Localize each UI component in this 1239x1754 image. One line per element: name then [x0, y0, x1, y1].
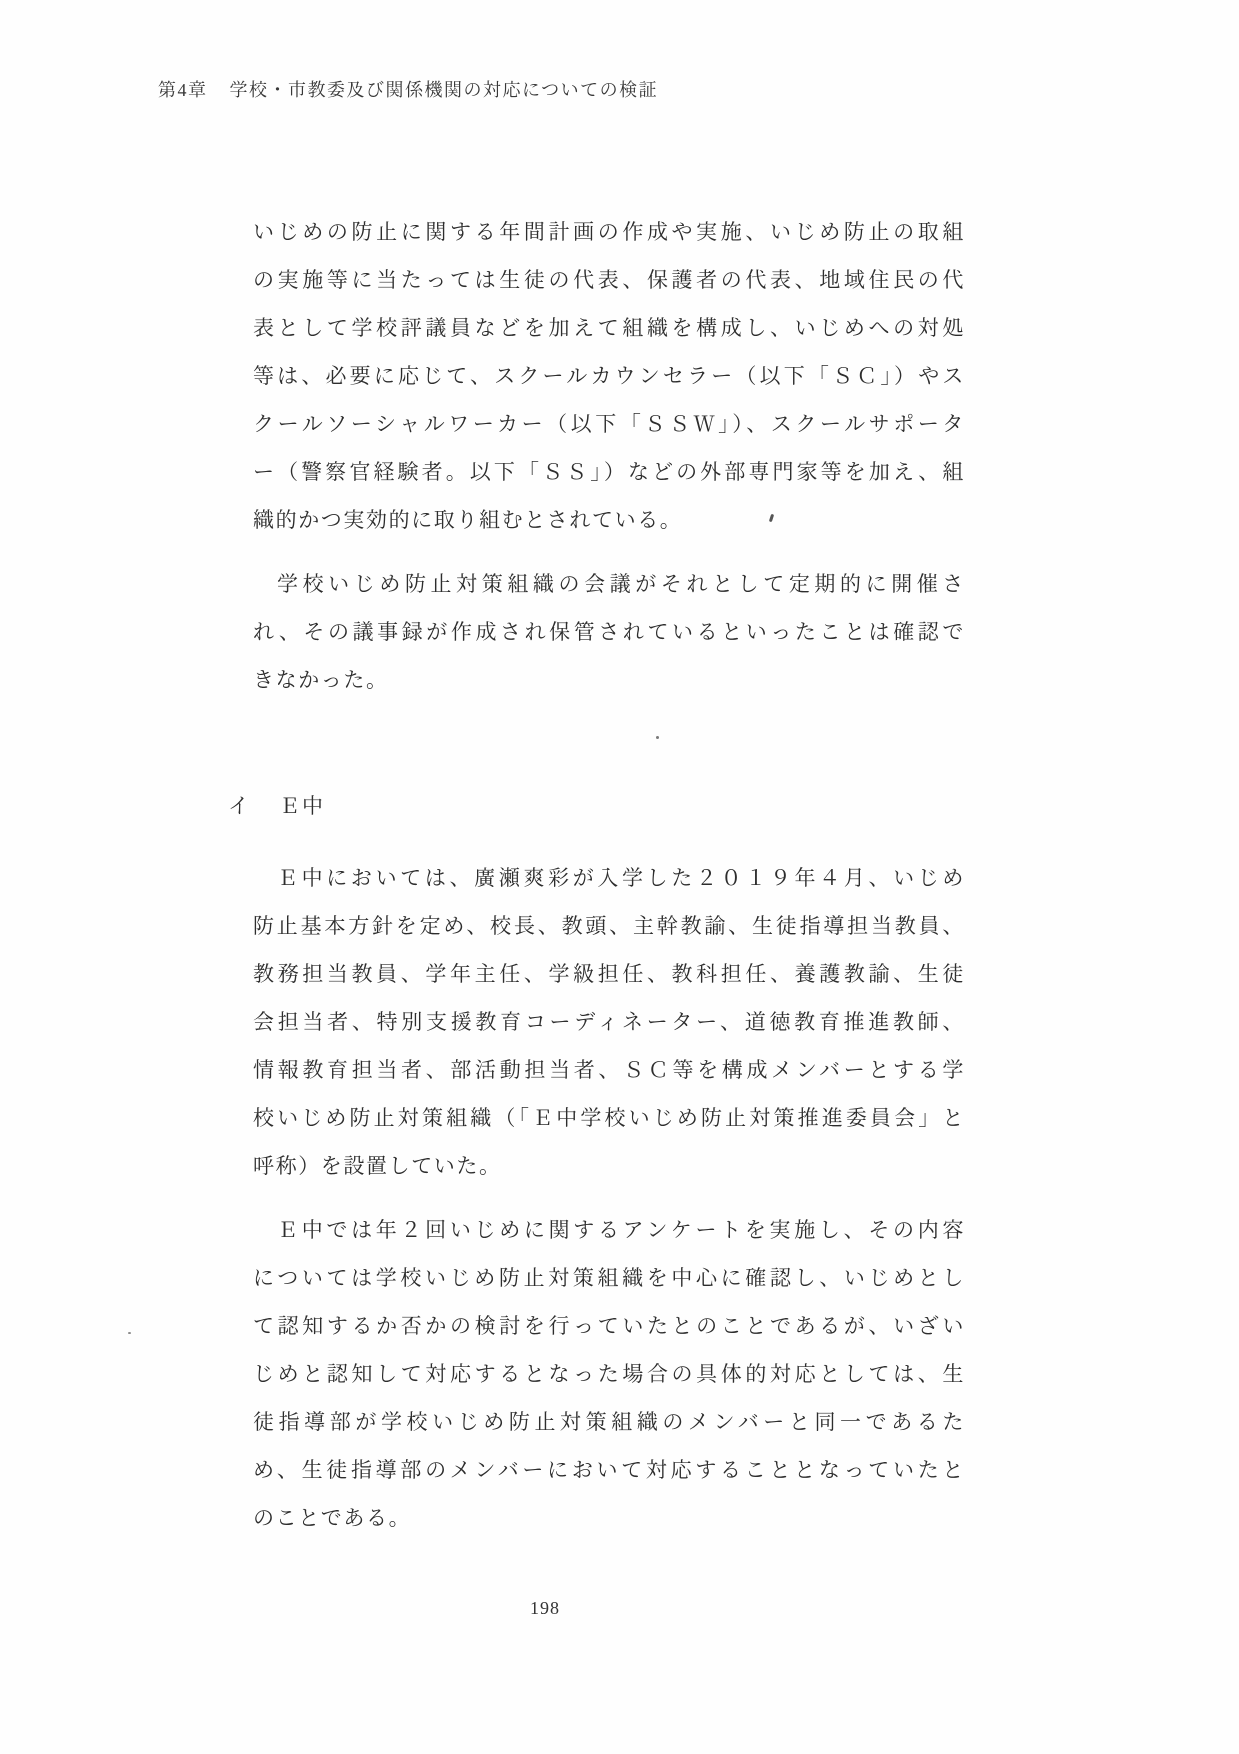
text-line: 会担当者、特別支援教育コーディネーター、道徳教育推進教師、	[253, 998, 965, 1046]
scan-artifact	[128, 1332, 131, 1334]
section-heading-marker: イ	[228, 794, 251, 818]
section-heading-title: Ｅ中	[279, 794, 325, 818]
text-line: て認知するか否かの検討を行っていたとのことであるが、いざい	[253, 1302, 965, 1350]
text-line: 防止基本方針を定め、校長、教頭、主幹教諭、生徒指導担当教員、	[253, 902, 965, 950]
text-line: Ｅ中では年２回いじめに関するアンケートを実施し、その内容	[253, 1206, 965, 1254]
text-line: れ、その議事録が作成され保管されているといったことは確認で	[253, 608, 965, 656]
text-line: 学校いじめ防止対策組織の会議がそれとして定期的に開催さ	[253, 560, 965, 608]
paragraph: いじめの防止に関する年間計画の作成や実施、いじめ防止の取組 の実施等に当たっては…	[253, 208, 965, 544]
text-line: め、生徒指導部のメンバーにおいて対応することとなっていたと	[253, 1446, 965, 1494]
chapter-title: 学校・市教委及び関係機関の対応についての検証	[230, 80, 659, 100]
running-header: 第4章学校・市教委及び関係機関の対応についての検証	[158, 76, 658, 102]
text-line: 校いじめ防止対策組織（「Ｅ中学校いじめ防止対策推進委員会」と	[253, 1094, 965, 1142]
text-line: 等は、必要に応じて、スクールカウンセラー（以下「ＳＣ」）やス	[253, 352, 965, 400]
text-line: 教務担当教員、学年主任、学級担任、教科担任、養護教諭、生徒	[253, 950, 965, 998]
text-line: 徒指導部が学校いじめ防止対策組織のメンバーと同一であるた	[253, 1398, 965, 1446]
text-line: 情報教育担当者、部活動担当者、ＳＣ等を構成メンバーとする学	[253, 1046, 965, 1094]
scan-artifact	[656, 736, 659, 739]
scanned-document-page: 第4章学校・市教委及び関係機関の対応についての検証 いじめの防止に関する年間計画…	[0, 0, 1239, 1754]
text-line: クールソーシャルワーカー（以下「ＳＳＷ」）、スクールサポータ	[253, 400, 965, 448]
text-line: じめと認知して対応するとなった場合の具体的対応としては、生	[253, 1350, 965, 1398]
text-line: 呼称）を設置していた。	[253, 1142, 965, 1190]
text-line: きなかった。	[253, 656, 965, 704]
paragraph: 学校いじめ防止対策組織の会議がそれとして定期的に開催さ れ、その議事録が作成され…	[253, 560, 965, 704]
text-line: の実施等に当たっては生徒の代表、保護者の代表、地域住民の代	[253, 256, 965, 304]
text-line: のことである。	[253, 1494, 965, 1542]
paragraph: Ｅ中においては、廣瀬爽彩が入学した２０１９年４月、いじめ 防止基本方針を定め、校…	[253, 854, 965, 1190]
text-line: 表として学校評議員などを加えて組織を構成し、いじめへの対処	[253, 304, 965, 352]
page-number: 198	[0, 1598, 1090, 1619]
text-line: Ｅ中においては、廣瀬爽彩が入学した２０１９年４月、いじめ	[253, 854, 965, 902]
paragraph: Ｅ中では年２回いじめに関するアンケートを実施し、その内容 については学校いじめ防…	[253, 1206, 965, 1542]
section-heading: イＥ中	[228, 790, 325, 820]
text-line: ー（警察官経験者。以下「ＳＳ」）などの外部専門家等を加え、組	[253, 448, 965, 496]
chapter-label: 第4章	[158, 80, 208, 100]
text-line: 織的かつ実効的に取り組むとされている。	[253, 496, 965, 544]
text-line: については学校いじめ防止対策組織を中心に確認し、いじめとし	[253, 1254, 965, 1302]
text-line: いじめの防止に関する年間計画の作成や実施、いじめ防止の取組	[253, 208, 965, 256]
